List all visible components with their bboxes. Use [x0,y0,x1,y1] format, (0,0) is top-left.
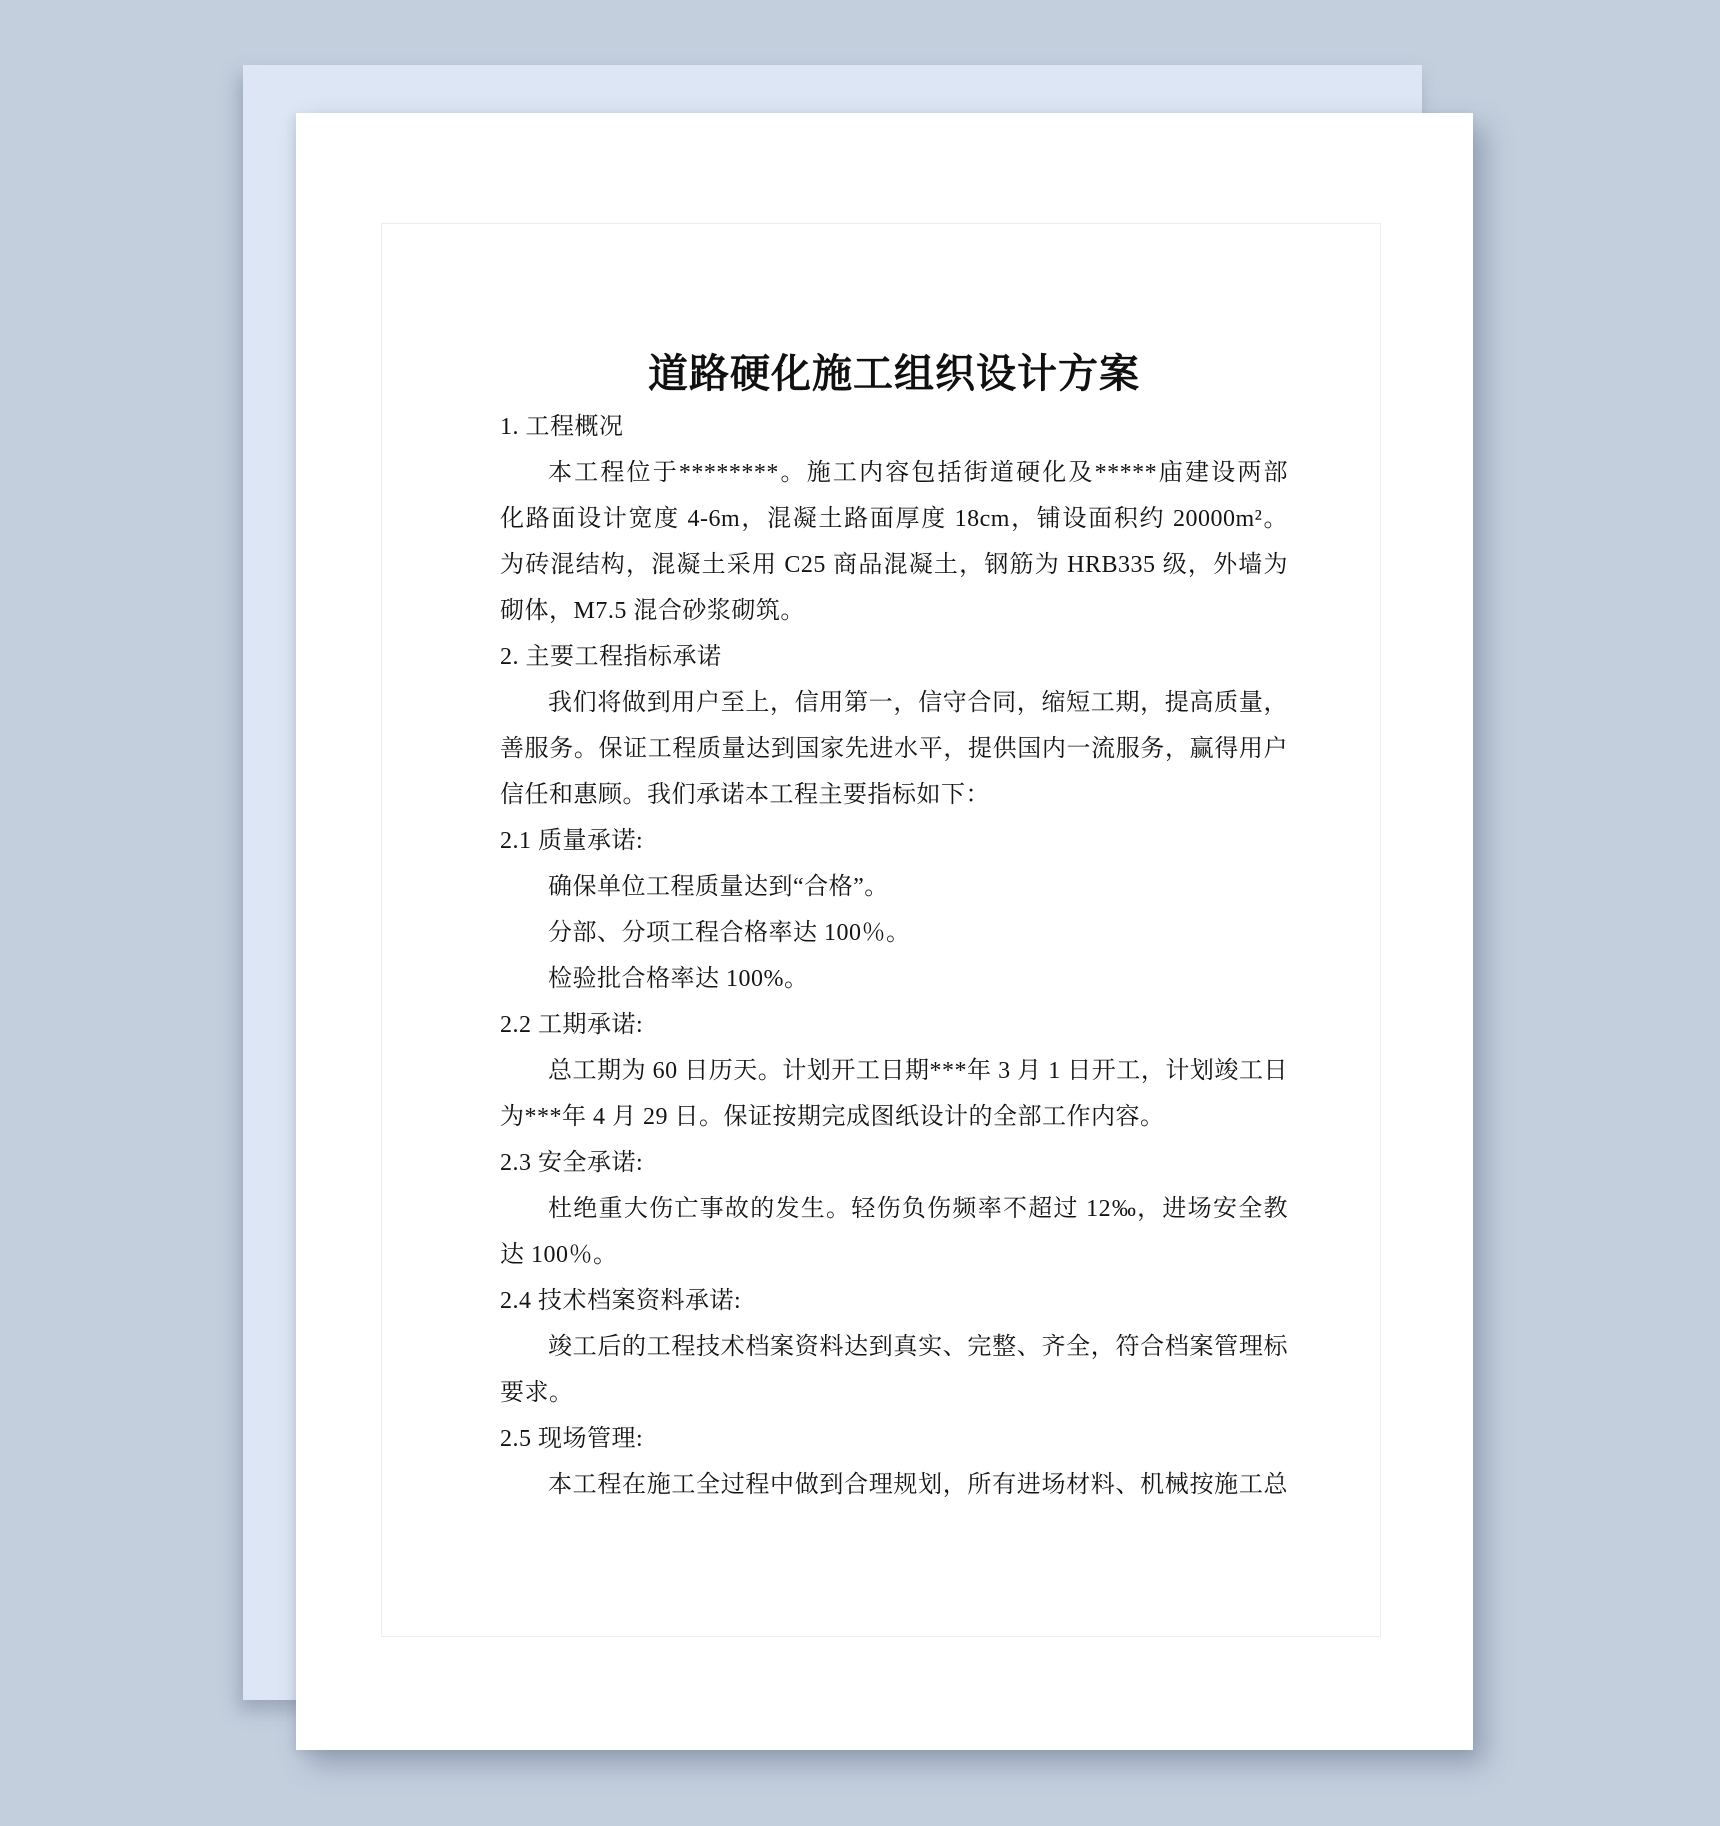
text-line-first: 我们将做到用户至上，信用第一，信守合同，缩短工期，提高质量，改 [500,680,1288,726]
desk-background: 道路硬化施工组织设计方案 1. 工程概况本工程位于********。施工内容包括… [0,0,1720,1826]
text-line-mid: 化路面设计宽度 4-6m，混凝土路面厚度 18cm，铺设面积约 20000m²。… [500,496,1288,542]
text-line-first: 总工期为 60 日历天。计划开工日期***年 3 月 1 日开工，计划竣工日期 [500,1048,1288,1094]
document-content: 道路硬化施工组织设计方案 1. 工程概况本工程位于********。施工内容包括… [500,224,1288,1636]
text-line-end: 要求。 [500,1370,1288,1416]
text-line-mid: 为砖混结构，混凝土采用 C25 商品混凝土，钢筋为 HRB335 级，外墙为机红… [500,542,1288,588]
document-page: 道路硬化施工组织设计方案 1. 工程概况本工程位于********。施工内容包括… [381,223,1381,1637]
text-line-item: 确保单位工程质量达到“合格”。 [500,864,1288,910]
text-line-heading: 2.2 工期承诺: [500,1002,1288,1048]
text-line-heading: 2.3 安全承诺: [500,1140,1288,1186]
text-line-first: 杜绝重大伤亡事故的发生。轻伤负伤频率不超过 12‰，进场安全教育率 [500,1186,1288,1232]
text-line-heading: 2.5 现场管理: [500,1416,1288,1462]
text-line-item: 检验批合格率达 100%。 [500,956,1288,1002]
text-line-mid: 善服务。保证工程质量达到国家先进水平，提供国内一流服务，赢得用户的 [500,726,1288,772]
paper-sheet: 道路硬化施工组织设计方案 1. 工程概况本工程位于********。施工内容包括… [296,113,1473,1750]
text-line-item: 分部、分项工程合格率达 100％。 [500,910,1288,956]
document-title: 道路硬化施工组织设计方案 [500,350,1288,398]
document-body: 1. 工程概况本工程位于********。施工内容包括街道硬化及*****庙建设… [500,404,1288,1508]
text-line-heading: 1. 工程概况 [500,404,1288,450]
text-line-first: 本工程位于********。施工内容包括街道硬化及*****庙建设两部分。硬 [500,450,1288,496]
text-line-end: 砌体，M7.5 混合砂浆砌筑。 [500,588,1288,634]
text-line-end: 信任和惠顾。我们承诺本工程主要指标如下： [500,772,1288,818]
text-line-heading: 2.4 技术档案资料承诺: [500,1278,1288,1324]
text-line-heading: 2. 主要工程指标承诺 [500,634,1288,680]
text-line-first: 竣工后的工程技术档案资料达到真实、完整、齐全，符合档案管理标准 [500,1324,1288,1370]
text-line-first: 本工程在施工全过程中做到合理规划，所有进场材料、机械按施工总平 [500,1462,1288,1508]
text-line-end: 达 100％。 [500,1232,1288,1278]
text-line-heading: 2.1 质量承诺: [500,818,1288,864]
text-line-end: 为***年 4 月 29 日。保证按期完成图纸设计的全部工作内容。 [500,1094,1288,1140]
